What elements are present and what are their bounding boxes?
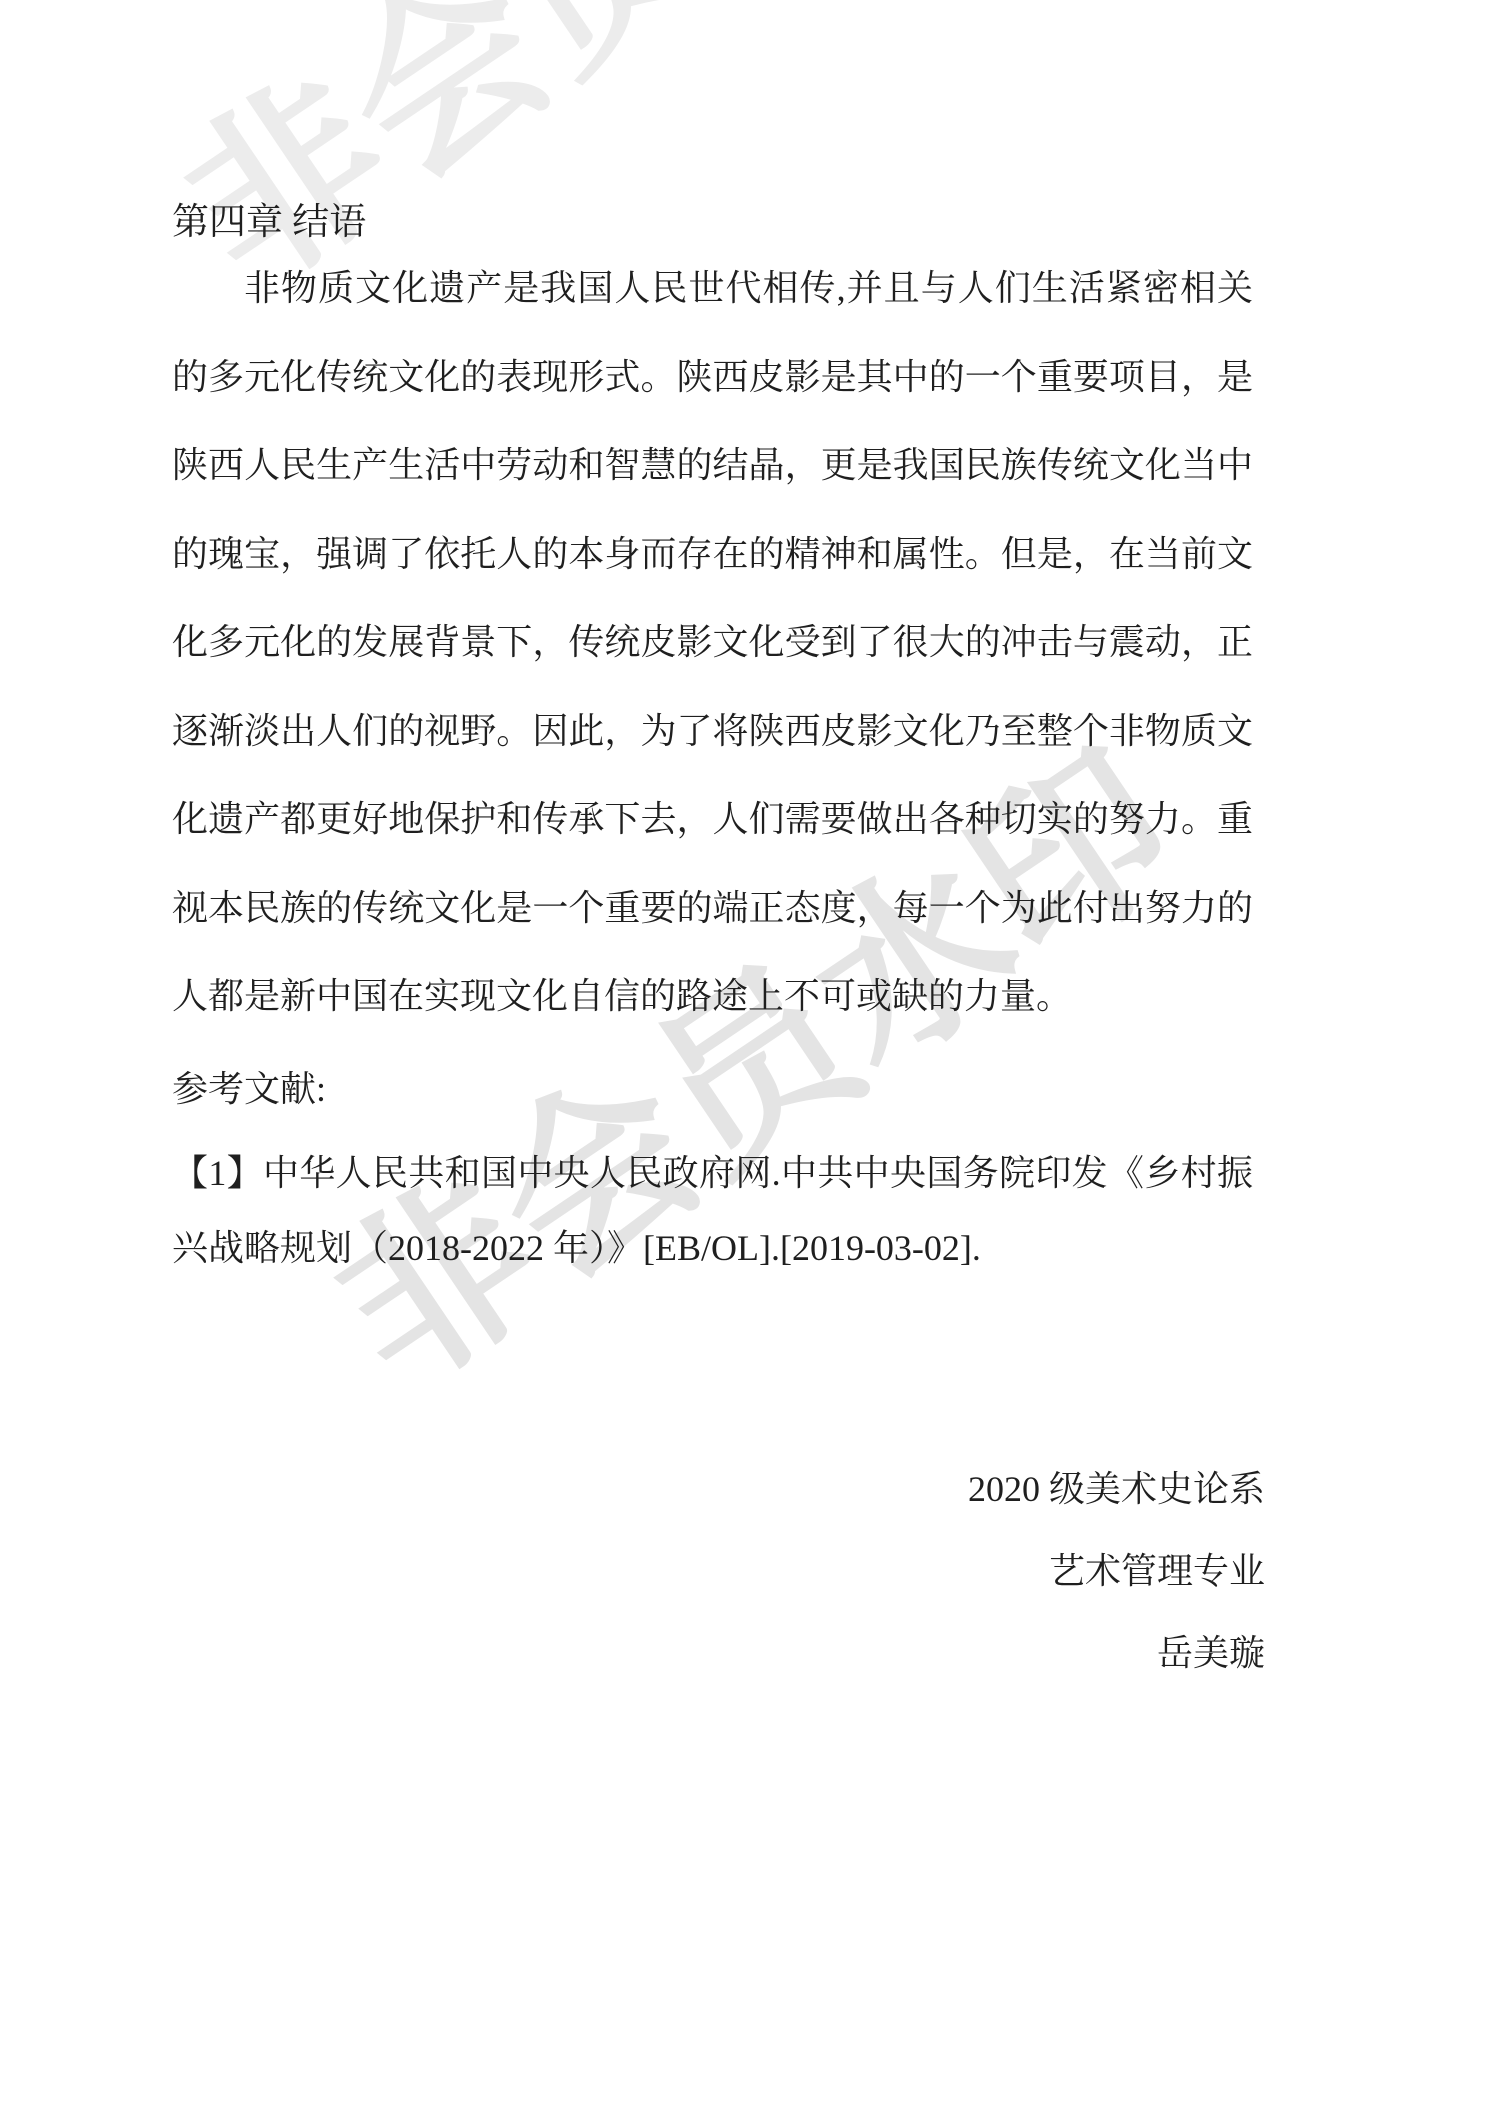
signature-line: 岳美璇: [600, 1612, 1265, 1694]
signature-line: 艺术管理专业: [600, 1530, 1265, 1612]
reference-line: 【1】中华人民共和国中央人民政府网.中共中央国务院印发《乡村振: [172, 1136, 1253, 1211]
reference-line: 兴战略规划（2018-2022 年）》[EB/OL].[2019-03-02].: [172, 1211, 1253, 1286]
chapter-heading: 第四章 结语: [172, 200, 366, 246]
paragraph-line: 的瑰宝，强调了依托人的本身而存在的精神和属性。但是，在当前文: [172, 510, 1253, 599]
signature-block: 2020 级美术史论系艺术管理专业岳美璇: [600, 1448, 1265, 1694]
paragraph-line: 陕西人民生产生活中劳动和智慧的结晶，更是我国民族传统文化当中: [172, 421, 1253, 510]
reference-entry: 【1】中华人民共和国中央人民政府网.中共中央国务院印发《乡村振兴战略规划（201…: [172, 1136, 1253, 1286]
references-heading: 参考文献:: [172, 1066, 326, 1112]
paragraph-line: 人都是新中国在实现文化自信的路途上不可或缺的力量。: [172, 952, 1253, 1041]
paragraph-line: 化遗产都更好地保护和传承下去，人们需要做出各种切实的努力。重: [172, 775, 1253, 864]
conclusion-paragraph: 非物质文化遗产是我国人民世代相传,并且与人们生活紧密相关的多元化传统文化的表现形…: [172, 244, 1253, 1041]
paragraph-line: 非物质文化遗产是我国人民世代相传,并且与人们生活紧密相关: [172, 244, 1253, 333]
paragraph-line: 逐渐淡出人们的视野。因此，为了将陕西皮影文化乃至整个非物质文: [172, 687, 1253, 776]
paragraph-line: 视本民族的传统文化是一个重要的端正态度，每一个为此付出努力的: [172, 864, 1253, 953]
paragraph-line: 化多元化的发展背景下，传统皮影文化受到了很大的冲击与震动，正: [172, 598, 1253, 687]
paragraph-line: 的多元化传统文化的表现形式。陕西皮影是其中的一个重要项目，是: [172, 333, 1253, 422]
document-page: 非会员水印 非会员水印 第四章 结语 非物质文化遗产是我国人民世代相传,并且与人…: [0, 0, 1500, 2122]
signature-line: 2020 级美术史论系: [600, 1448, 1265, 1530]
